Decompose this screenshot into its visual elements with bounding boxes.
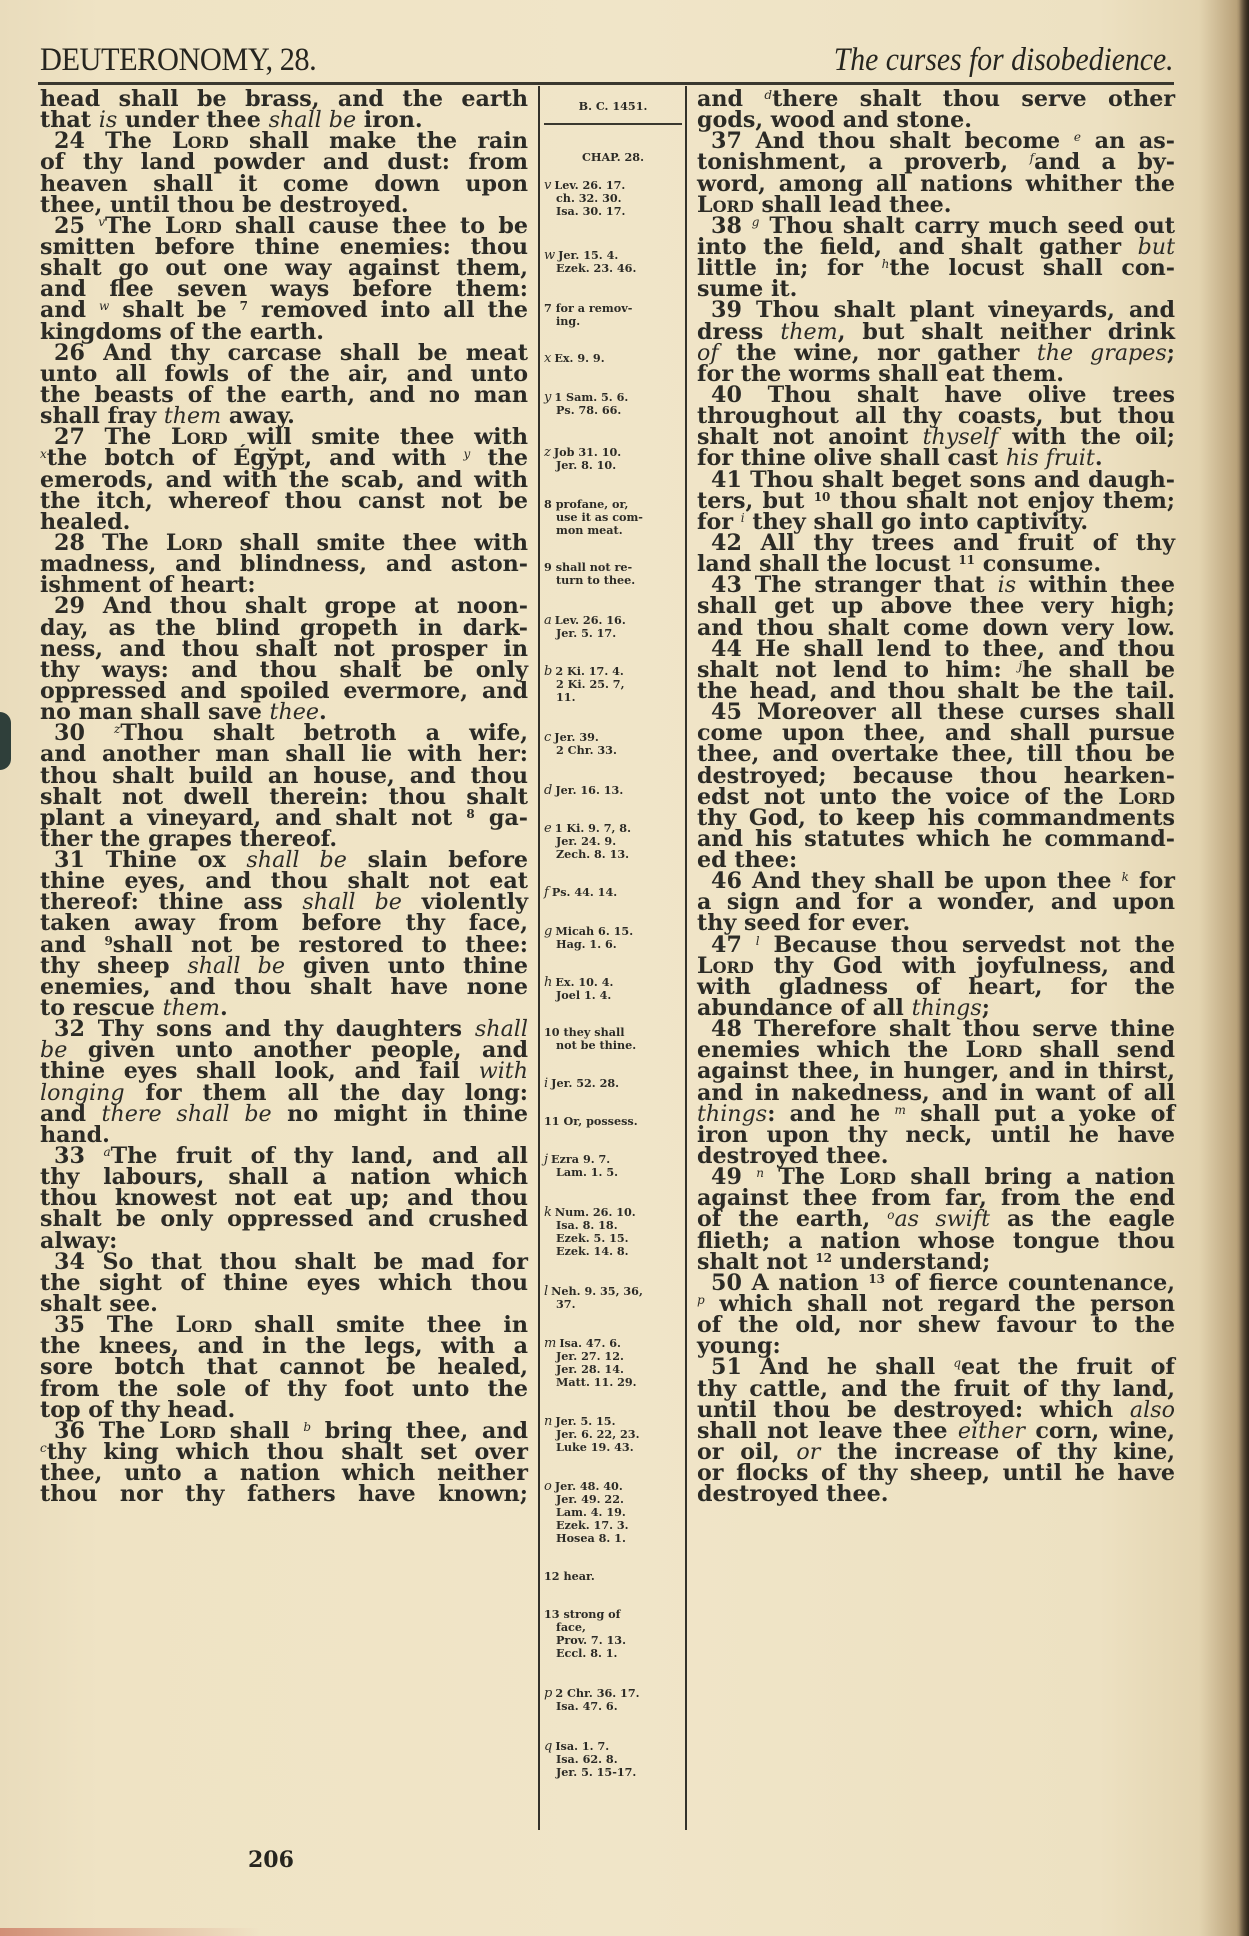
footnote-marker: 11	[958, 553, 975, 567]
ref-marker: a	[103, 1145, 110, 1159]
footnote-marker: 12	[815, 1251, 832, 1265]
footnote-marker: 7	[240, 299, 248, 313]
ref-n: nJer. 5. 15.Jer. 6. 22, 23.Luke 19. 43.	[544, 1415, 682, 1454]
header-rule	[38, 82, 1174, 85]
ref-l: lNeh. 9. 35, 36,37.	[544, 1285, 682, 1311]
date-rule	[544, 123, 682, 125]
ref-e: e1 Ki. 9. 7, 8.Jer. 24. 9.Zech. 8. 13.	[544, 822, 682, 861]
text-line: and there shall be no might in thine	[40, 1104, 528, 1125]
ref-8: 8 profane, or,use it as com-mon meat.	[544, 498, 682, 537]
ref-marker: n	[756, 1166, 764, 1180]
ref-marker: x	[40, 447, 47, 461]
ref-12: 12 hear.	[544, 1570, 682, 1583]
page-bottom-stain	[0, 1928, 260, 1936]
ref-marker: e	[1074, 130, 1081, 144]
chapter-label: CHAP. 28.	[544, 151, 682, 164]
ref-d: dJer. 16. 13.	[544, 784, 682, 797]
text-line: thou nor thy fathers have known;	[40, 1484, 528, 1505]
ref-10: 10 they shallnot be thine.	[544, 1026, 682, 1052]
ref-p: p2 Chr. 36. 17.Isa. 47. 6.	[544, 1687, 682, 1713]
ref-w: wJer. 15. 4.Ezek. 23. 46.	[544, 249, 682, 275]
ref-9: 9 shall not re-turn to thee.	[544, 561, 682, 587]
footnote-marker: 9	[104, 934, 112, 948]
running-title: The curses for disobedience.	[834, 42, 1174, 79]
ref-z: zJob 31. 10.Jer. 8. 10.	[544, 446, 682, 472]
ref-a: aLev. 26. 16.Jer. 5. 17.	[544, 614, 682, 640]
ref-k: kNum. 26. 10.Isa. 8. 18.Ezek. 5. 15.Ezek…	[544, 1206, 682, 1258]
ref-marker: p	[697, 1293, 705, 1307]
left-text-column: head shall be brass, and the earth that …	[40, 89, 528, 1505]
ref-j: jEzra 9. 7.Lam. 1. 5.	[544, 1153, 682, 1179]
page-number: 206	[248, 1847, 294, 1873]
ref-o: oJer. 48. 40.Jer. 49. 22.Lam. 4. 19.Ezek…	[544, 1480, 682, 1545]
ref-g: gMicah 6. 15.Hag. 1. 6.	[544, 925, 682, 951]
ref-i: iJer. 52. 28.	[544, 1077, 682, 1090]
ref-7: 7 for a remov-ing.	[544, 302, 682, 328]
ref-m: mIsa. 47. 6.Jer. 27. 12.Jer. 28. 14.Matt…	[544, 1337, 682, 1389]
right-column-divider	[685, 86, 687, 1830]
ref-marker: d	[764, 88, 772, 102]
right-text-column: and dthere shalt thou serve other gods, …	[697, 89, 1175, 1505]
ref-marker: m	[895, 1103, 906, 1117]
footnote-marker: 8	[466, 807, 474, 821]
ref-y: y1 Sam. 5. 6.Ps. 78. 66.	[544, 391, 682, 417]
ref-h: hEx. 10. 4.Joel 1. 4.	[544, 976, 682, 1002]
book-chapter-heading: DEUTERONOMY, 28.	[40, 42, 316, 79]
ref-b: b2 Ki. 17. 4.2 Ki. 25. 7,11.	[544, 665, 682, 704]
ref-marker: q	[953, 1356, 961, 1370]
ref-c: cJer. 39.2 Chr. 33.	[544, 731, 682, 757]
running-header: DEUTERONOMY, 28. The curses for disobedi…	[40, 38, 1174, 82]
left-column-divider	[538, 86, 540, 1830]
ref-v: vLev. 26. 17.ch. 32. 30.Isa. 30. 17.	[544, 179, 682, 218]
ref-x: xEx. 9. 9.	[544, 352, 682, 365]
ref-marker: w	[99, 299, 109, 313]
ref-marker: b	[303, 1420, 311, 1434]
ref-f: fPs. 44. 14.	[544, 886, 682, 899]
ref-marker: k	[1122, 870, 1129, 884]
ref-marker: v	[98, 215, 105, 229]
text-line: destroyed thee.	[697, 1484, 1175, 1505]
ref-13: 13 strong offace,Prov. 7. 13.Eccl. 8. 1.	[544, 1608, 682, 1660]
ref-11: 11 Or, possess.	[544, 1115, 682, 1128]
page-edge-stain	[0, 712, 11, 770]
page-gutter-shadow	[1239, 0, 1249, 1936]
date-label: B. C. 1451.	[544, 100, 682, 113]
footnote-marker: 13	[868, 1272, 885, 1286]
ref-marker: c	[40, 1441, 47, 1455]
ref-q: qIsa. 1. 7.Isa. 62. 8.Jer. 5. 15-17.	[544, 1740, 682, 1779]
footnote-marker: 10	[814, 490, 831, 504]
